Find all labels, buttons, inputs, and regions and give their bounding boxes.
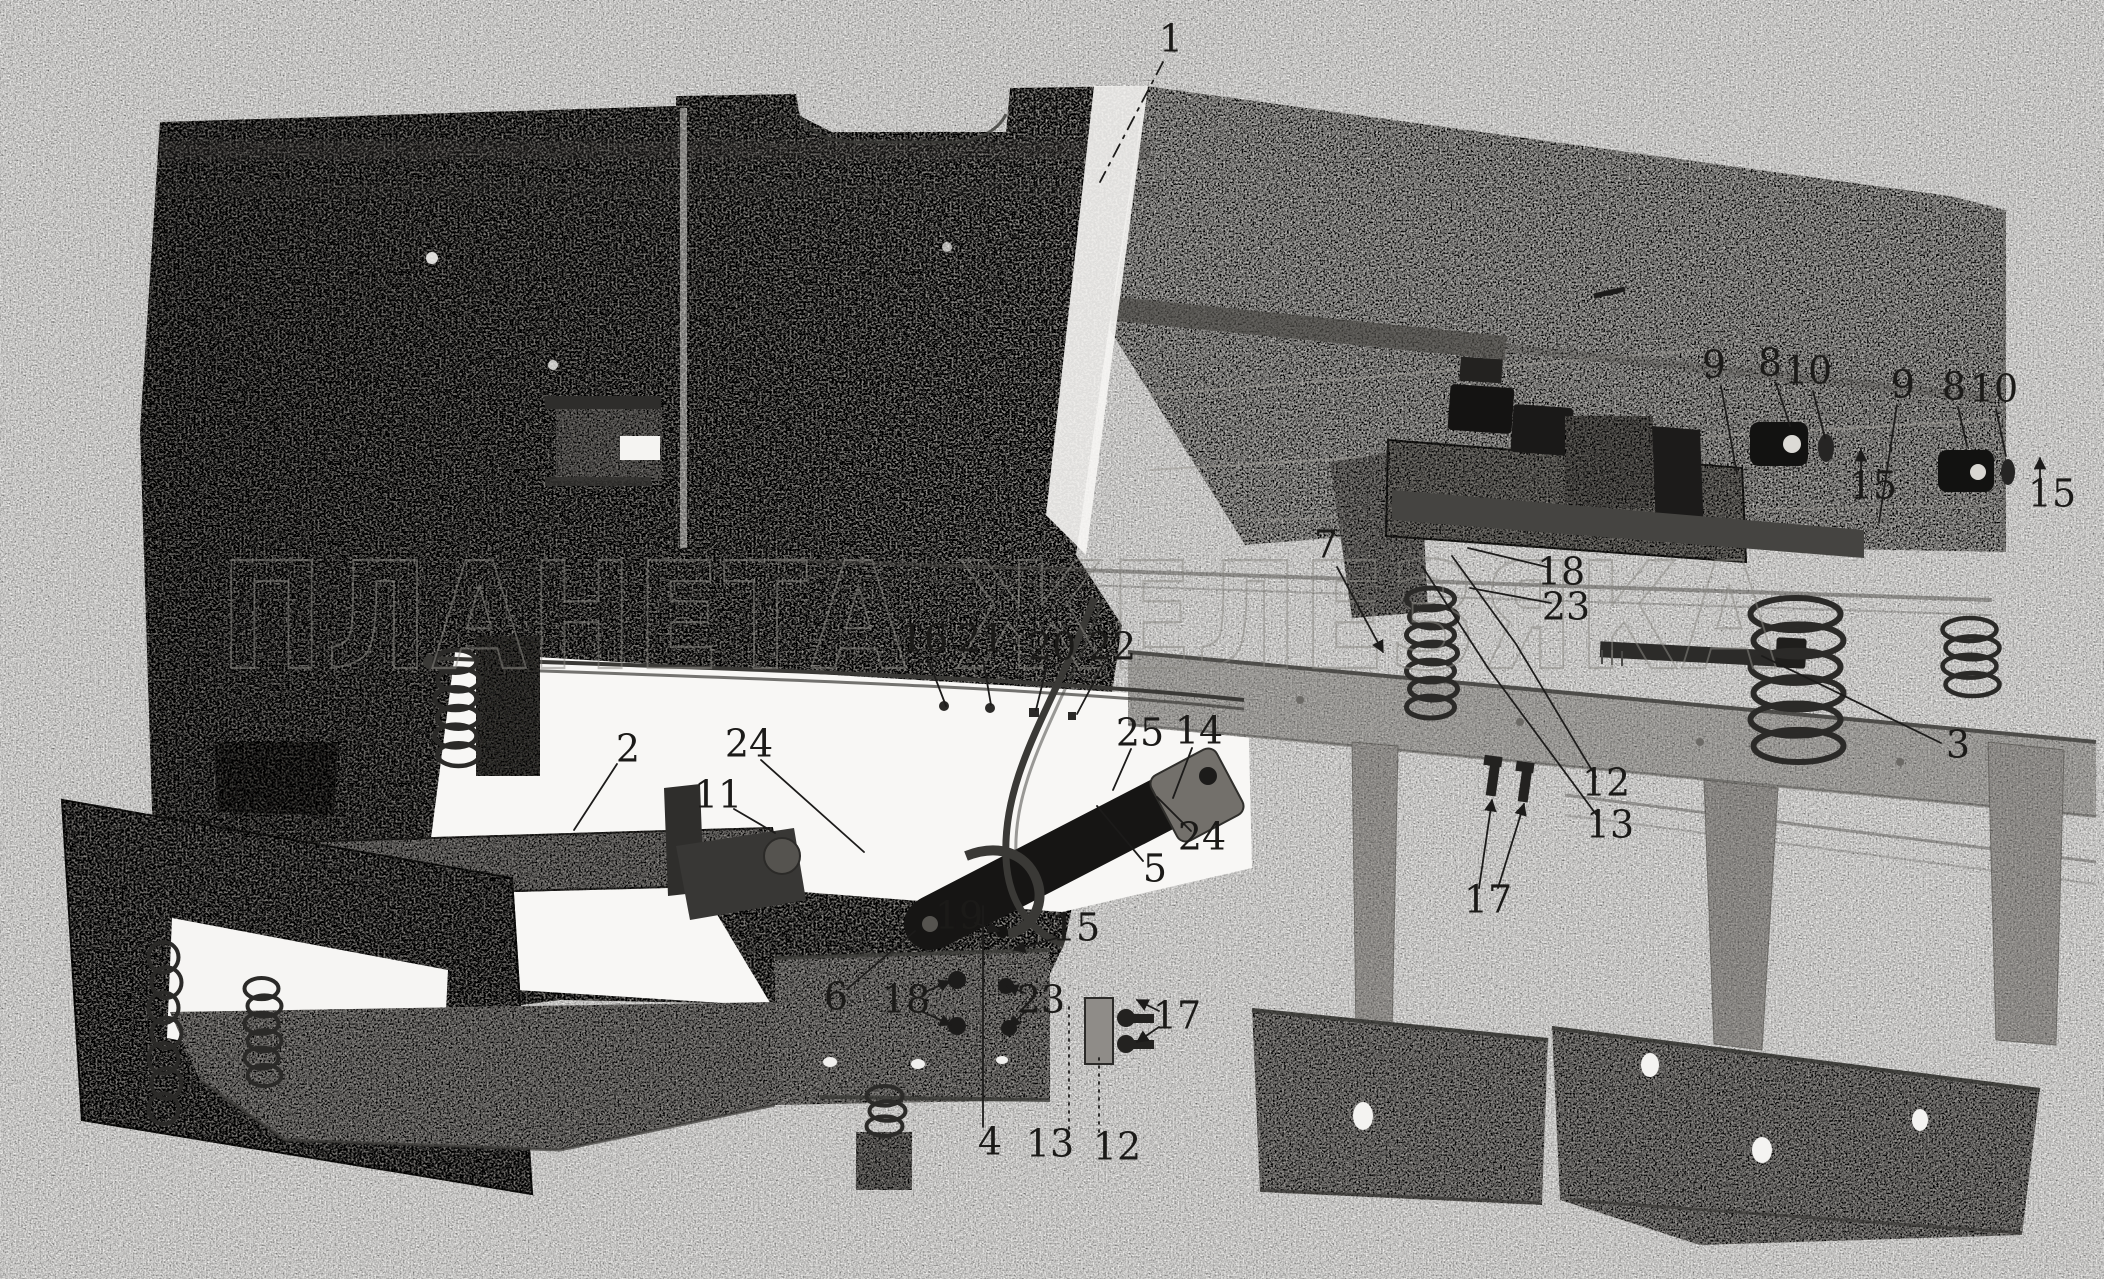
callout-23: 23 [1542, 585, 1590, 629]
callout-5: 5 [1143, 847, 1167, 891]
callout-24: 24 [725, 722, 773, 766]
callout-19: 19 [935, 894, 983, 938]
callout-11: 11 [694, 773, 742, 817]
callout-24: 24 [1178, 815, 1226, 859]
callout-2: 2 [616, 727, 640, 771]
callout-8: 8 [1758, 341, 1782, 385]
callout-9: 9 [1891, 363, 1915, 407]
diagram-canvas: ПЛАНЕТА ЖЕЛЕЗЯКА 12345678910159810151621… [0, 0, 2104, 1279]
callout-9: 9 [1702, 343, 1726, 387]
callout-17: 17 [1464, 878, 1512, 922]
callout-25: 25 [1116, 711, 1164, 755]
callout-12: 12 [1582, 761, 1630, 805]
callout-15: 15 [1849, 464, 1897, 508]
callout-20: 20 [1028, 625, 1076, 669]
callout-15: 15 [2028, 472, 2076, 516]
bolt [948, 1017, 966, 1035]
callout-12: 12 [1093, 1125, 1141, 1169]
callout-13: 13 [1586, 803, 1634, 847]
callout-6: 6 [824, 975, 848, 1019]
washer [2001, 459, 2015, 485]
door-hinge [545, 396, 662, 486]
callout-17: 17 [1153, 994, 1201, 1038]
rubber-cushion [1447, 384, 1514, 434]
callout-8: 8 [1942, 365, 1966, 409]
callout-14: 14 [1175, 709, 1223, 753]
callout-16: 16 [900, 617, 948, 661]
washer [1818, 434, 1834, 462]
callout-23: 23 [1017, 978, 1065, 1022]
rubber-cushion [1510, 404, 1573, 456]
callout-3: 3 [1946, 723, 1970, 767]
callout-1: 1 [1159, 17, 1183, 61]
side-bracket [1085, 998, 1113, 1064]
pin [996, 926, 1008, 938]
coil-spring [245, 978, 282, 1086]
callout-10: 10 [1784, 349, 1832, 393]
callout-21: 21 [957, 617, 1005, 661]
callout-4: 4 [978, 1120, 1002, 1164]
bolt [998, 978, 1014, 994]
callout-22: 22 [1088, 625, 1136, 669]
callout-13: 13 [1026, 1122, 1074, 1166]
callout-7: 7 [1314, 523, 1338, 567]
callout-10: 10 [1970, 367, 2018, 411]
callout-15: 15 [1052, 906, 1100, 950]
scanned-diagram-page: ПЛАНЕТА ЖЕЛЕЗЯКА 12345678910159810151621… [0, 0, 2104, 1279]
bolt [948, 971, 966, 989]
callout-18: 18 [882, 978, 930, 1022]
